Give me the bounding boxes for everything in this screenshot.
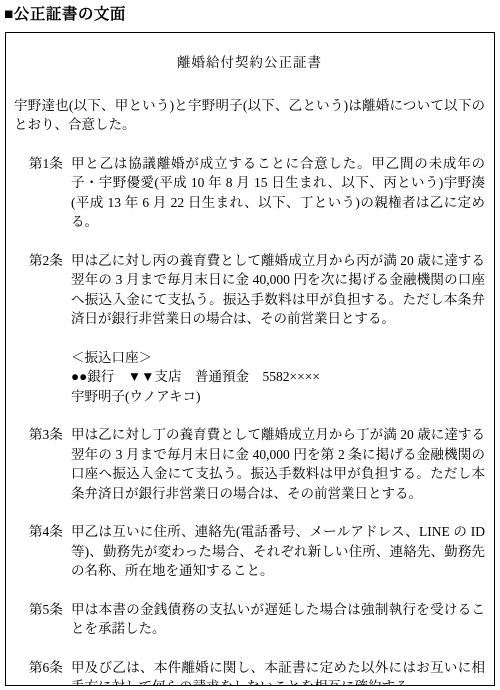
article-1-label: 第1条	[29, 154, 71, 232]
article-6: 第6条 甲及び乙は、本件離婚に関し、本証書に定めた以外にはお互いに相手方に対して…	[14, 658, 485, 687]
article-5-text: 甲は本書の金銭債務の支払いが遅延した場合は強制執行を受けることを承諾した。	[71, 600, 485, 639]
article-5-label: 第5条	[29, 600, 71, 639]
article-3: 第3条 甲は乙に対し丁の養育費として離婚成立月から丁が満 20 歳に達する翌年の…	[14, 425, 485, 503]
section-header: ■公正証書の文面	[0, 0, 500, 25]
document-box: 離婚給付契約公正証書 宇野達也(以下、甲という)と宇野明子(以下、乙という)は離…	[5, 32, 495, 686]
article-2-label: 第2条	[29, 251, 71, 329]
article-1-text: 甲と乙は協議離婚が成立することに合意した。甲乙間の未成年の子・宇野優愛(平成 1…	[71, 154, 485, 232]
intro-paragraph: 宇野達也(以下、甲という)と宇野明子(以下、乙という)は離婚について以下のとおり…	[14, 96, 485, 135]
bank-account-holder: 宇野明子(ウノアキコ)	[71, 387, 485, 407]
bank-account-heading: ＜振込口座＞	[71, 348, 485, 368]
bank-account-details: ●●銀行 ▼▼支店 普通預金 5582××××	[71, 367, 485, 387]
article-4: 第4条 甲乙は互いに住所、連絡先(電話番号、メールアドレス、LINE の ID …	[14, 522, 485, 581]
page: ■公正証書の文面 離婚給付契約公正証書 宇野達也(以下、甲という)と宇野明子(以…	[0, 0, 500, 690]
article-4-label: 第4条	[29, 522, 71, 581]
article-3-label: 第3条	[29, 425, 71, 503]
article-1: 第1条 甲と乙は協議離婚が成立することに合意した。甲乙間の未成年の子・宇野優愛(…	[14, 154, 485, 232]
article-6-text: 甲及び乙は、本件離婚に関し、本証書に定めた以外にはお互いに相手方に対して何らの請…	[71, 658, 485, 687]
article-4-text: 甲乙は互いに住所、連絡先(電話番号、メールアドレス、LINE の ID 等)、勤…	[71, 522, 485, 581]
article-5: 第5条 甲は本書の金銭債務の支払いが遅延した場合は強制執行を受けることを承諾した…	[14, 600, 485, 639]
article-3-text: 甲は乙に対し丁の養育費として離婚成立月から丁が満 20 歳に達する翌年の 3 月…	[71, 425, 485, 503]
article-6-label: 第6条	[29, 658, 71, 687]
bank-account-block: ＜振込口座＞ ●●銀行 ▼▼支店 普通預金 5582×××× 宇野明子(ウノアキ…	[71, 348, 485, 407]
article-2: 第2条 甲は乙に対し丙の養育費として離婚成立月から丙が満 20 歳に達する翌年の…	[14, 251, 485, 329]
document-title: 離婚給付契約公正証書	[14, 53, 485, 73]
article-2-text: 甲は乙に対し丙の養育費として離婚成立月から丙が満 20 歳に達する翌年の 3 月…	[71, 251, 485, 329]
